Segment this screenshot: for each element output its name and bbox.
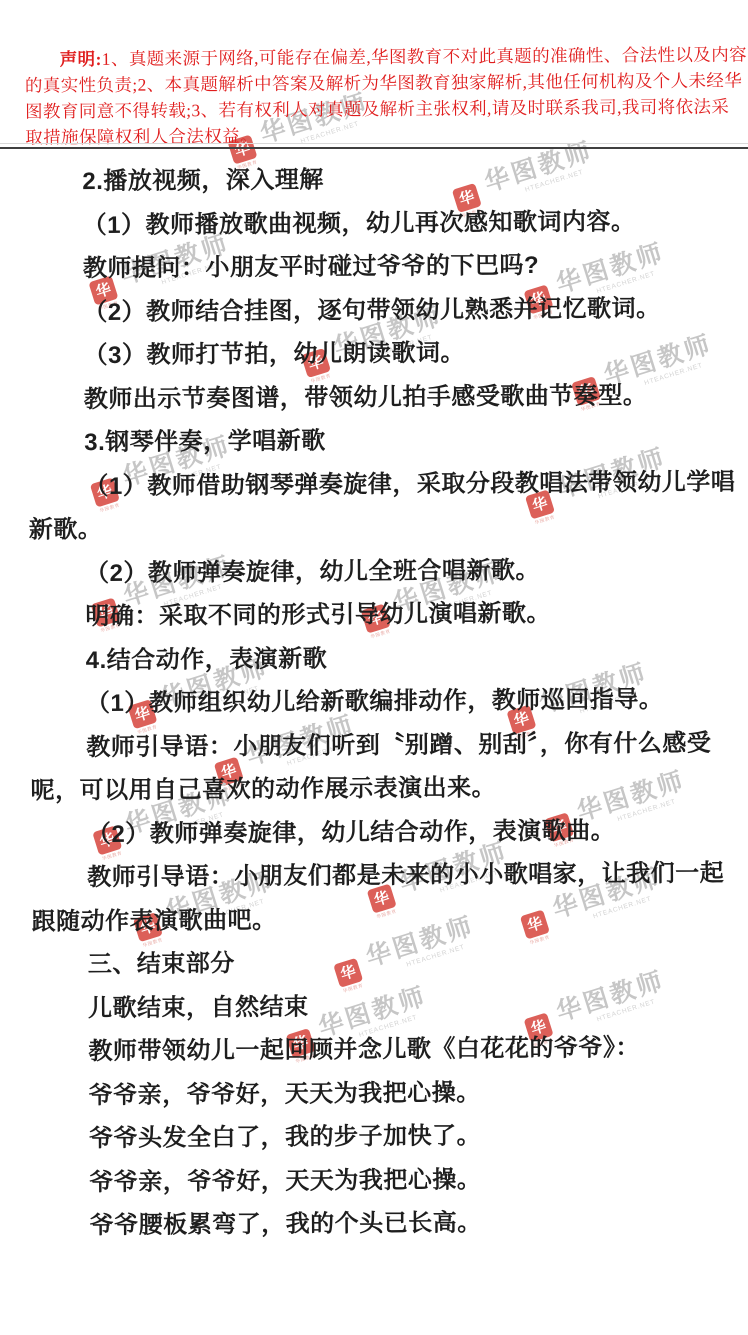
body-line: （3）教师打节拍，幼儿朗读歌词。	[27, 330, 745, 379]
disclaimer-label: 声明:	[60, 49, 102, 69]
body-line: 明确：采取不同的形式引导幼儿演唱新歌。	[29, 590, 747, 639]
disclaimer: 声明:1、真题来源于网络,可能存在偏差,华图教育不对此真题的准确性、合法性以及内…	[25, 42, 726, 151]
body-line: 教师出示节奏图谱，带领幼儿拍手感受歌曲节奏型。	[28, 373, 746, 422]
body-line: （1）教师组织幼儿给新歌编排动作，教师巡回指导。	[30, 677, 748, 726]
disclaimer-text: 1、真题来源于网络,可能存在偏差,华图教育不对此真题的准确性、合法性以及内容	[102, 44, 747, 69]
body-line: 跟随动作表演歌曲吧。	[31, 895, 748, 944]
body-line: 爷爷腰板累弯了，我的个头已长高。	[34, 1199, 748, 1248]
document-page: 华华图教育华图教师HTEACHER.NET华华图教育华图教师HTEACHER.N…	[0, 0, 748, 1335]
disclaimer-line: 图教育同意不得转载;3、若有权利人对真题及解析主张权利,请及时联系我司,我司将依…	[25, 94, 725, 125]
body-line: 教师提问：小朋友平时碰过爷爷的下巴吗?	[27, 243, 745, 292]
body-line: （2）教师弹奏旋律，幼儿结合动作，表演歌曲。	[31, 808, 748, 857]
body-line: 呢，可以用自己喜欢的动作展示表演出来。	[30, 764, 748, 813]
body-line: 教师引导语：小朋友们都是未来的小小歌唱家，让我们一起	[31, 851, 748, 900]
body-line: （2）教师弹奏旋律，幼儿全班合唱新歌。	[29, 547, 747, 596]
divider-shadow	[0, 143, 748, 144]
body-line: 4.结合动作，表演新歌	[30, 634, 748, 683]
body-line: 儿歌结束，自然结束	[32, 982, 748, 1031]
body-line: 新歌。	[29, 503, 747, 552]
body-line: 2.播放视频，深入理解	[26, 156, 744, 205]
divider-line	[0, 147, 748, 149]
body-line: 教师带领幼儿一起回顾并念儿歌《白花花的爷爷》：	[32, 1025, 748, 1074]
body-line: 教师引导语：小朋友们听到〝别蹭、别刮〞，你有什么感受	[30, 721, 748, 770]
body-line: 三、结束部分	[32, 938, 748, 987]
body-line: 爷爷亲，爷爷好，天天为我把心操。	[33, 1156, 748, 1205]
body-line: 3.钢琴伴奏，学唱新歌	[28, 417, 746, 466]
body-line: 爷爷头发全白了，我的步子加快了。	[33, 1112, 748, 1161]
lesson-plan-text: 2.播放视频，深入理解（1）教师播放歌曲视频，幼儿再次感知歌词内容。教师提问：小…	[26, 156, 748, 1248]
body-line: （1）教师播放歌曲视频，幼儿再次感知歌词内容。	[27, 199, 745, 248]
body-line: （2）教师结合挂图，逐句带领幼儿熟悉并记忆歌词。	[27, 286, 745, 335]
body-line: （1）教师借助钢琴弹奏旋律，采取分段教唱法带领幼儿学唱	[28, 460, 746, 509]
disclaimer-line: 取措施保障权利人合法权益。	[25, 120, 725, 151]
body-line: 爷爷亲，爷爷好，天天为我把心操。	[33, 1069, 748, 1118]
